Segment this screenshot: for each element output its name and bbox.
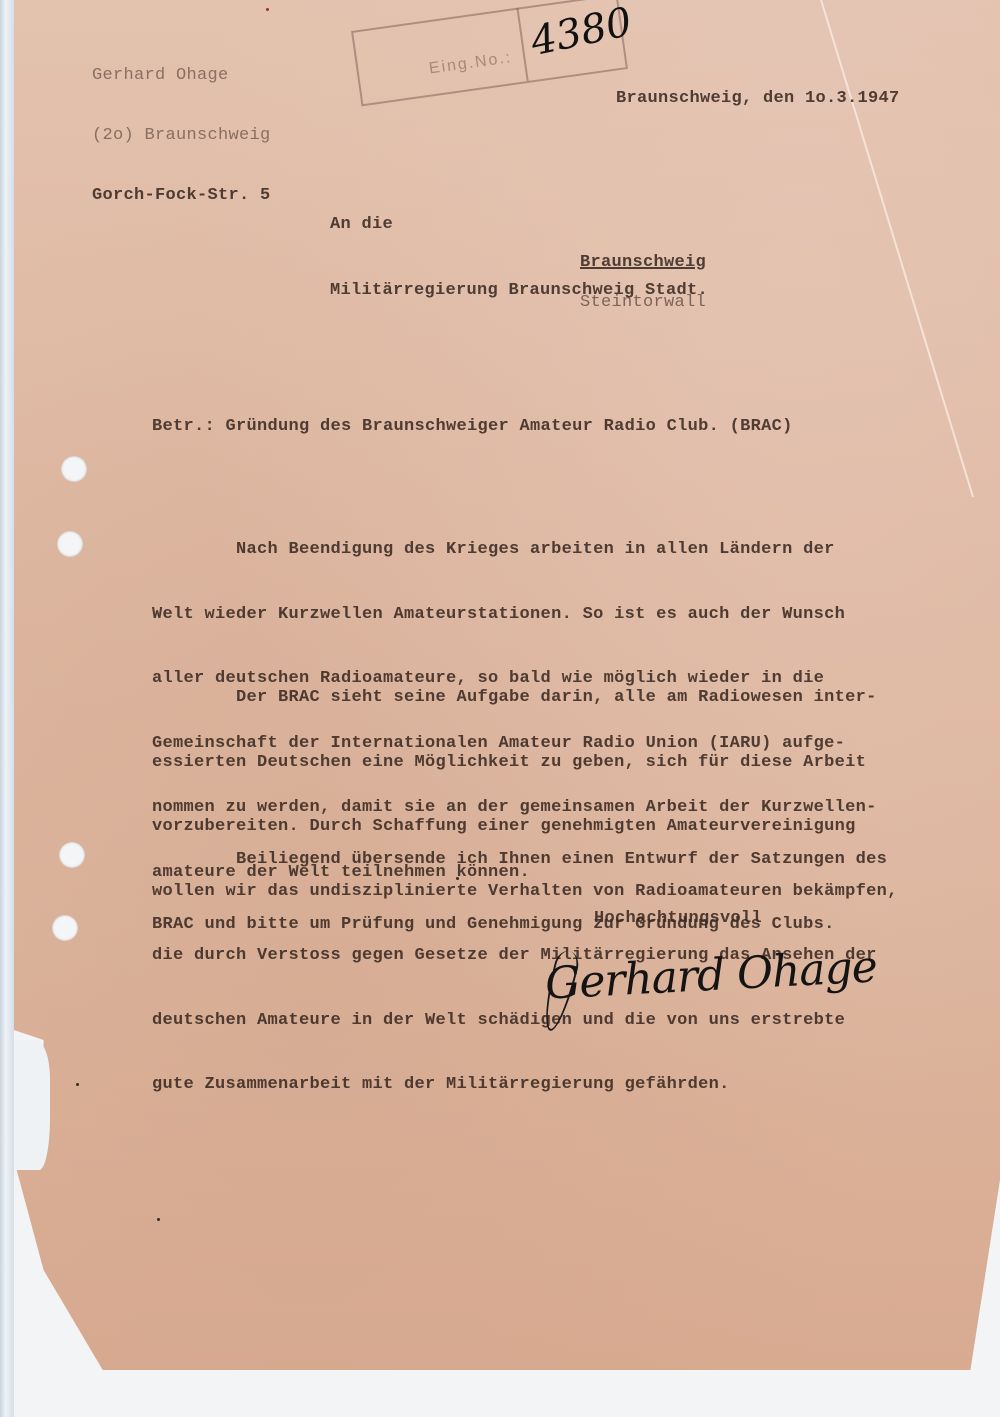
stamp-label: Eing.No.:: [428, 49, 514, 78]
text-line: essierten Deutschen eine Möglichkeit zu …: [152, 752, 898, 774]
sender-block: Gerhard Ohage (2o) Braunschweig Gorch-Fo…: [92, 26, 271, 246]
torn-edge: [14, 1040, 50, 1170]
sender-name: Gerhard Ohage: [92, 66, 271, 86]
recipient-street: Steintorwall: [580, 292, 706, 314]
text-line: gute Zusammenarbeit mit der Militärregie…: [152, 1074, 898, 1096]
punch-hole: [52, 915, 78, 941]
ink-speck: [76, 1083, 79, 1086]
place-date: Braunschweig, den 1o.3.1947: [616, 88, 900, 110]
scanned-letter: Gerhard Ohage (2o) Braunschweig Gorch-Fo…: [0, 0, 1000, 1417]
closing: Hochachtungsvoll: [594, 908, 762, 930]
text-line: Nach Beendigung des Krieges arbeiten in …: [152, 539, 877, 561]
ink-speck: [456, 877, 459, 880]
punch-hole: [59, 842, 85, 868]
subject-line: Betr.: Gründung des Braunschweiger Amate…: [152, 416, 793, 438]
sender-street: Gorch-Fock-Str. 5: [92, 186, 271, 206]
sender-city: (2o) Braunschweig: [92, 126, 271, 146]
recipient-city: Braunschweig: [580, 252, 706, 274]
punch-hole: [61, 456, 87, 482]
recipient-line1: An die: [330, 214, 708, 236]
binder-edge: [0, 0, 14, 1417]
text-line: deutschen Amateure in der Welt schädigen…: [152, 1010, 898, 1032]
text-line: Beiliegend übersende ich Ihnen einen Ent…: [152, 849, 887, 871]
ink-speck: [266, 8, 269, 11]
stamp-number: 4380: [527, 0, 636, 65]
punch-hole: [57, 531, 83, 557]
text-line: BRAC und bitte um Prüfung und Genehmigun…: [152, 914, 887, 936]
text-line: Der BRAC sieht seine Aufgabe darin, alle…: [152, 687, 898, 709]
text-line: Welt wieder Kurzwellen Amateurstationen.…: [152, 604, 877, 626]
ink-speck: [157, 1218, 160, 1221]
